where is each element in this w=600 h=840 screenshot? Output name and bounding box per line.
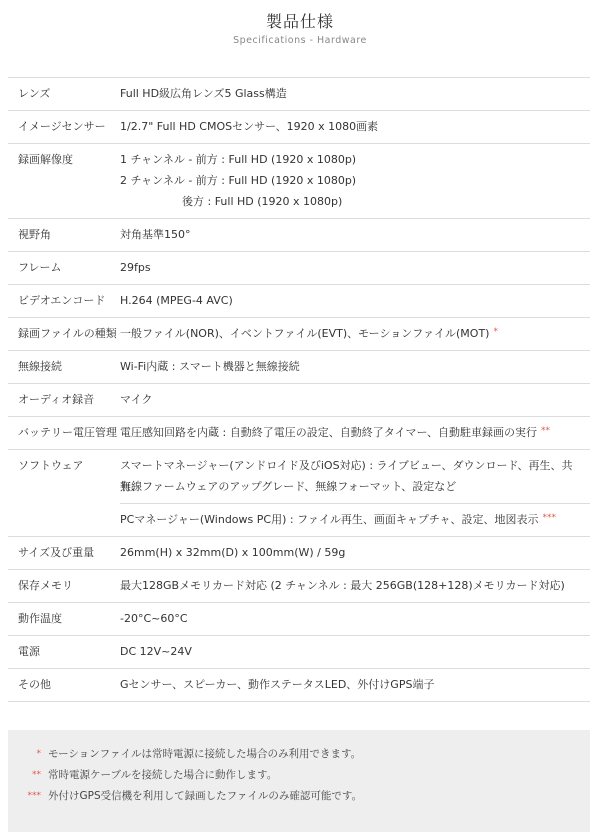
spec-value-text: 電圧感知回路を内蔵 : 自動終了電圧の設定、自動終了タイマー、自動駐車録画の実行 xyxy=(120,426,537,439)
spec-label: 録画解像度 xyxy=(8,144,120,218)
footnotes-box: * モーションファイルは常時電源に接続した場合のみ利用できます。 ** 常時電源… xyxy=(8,730,590,832)
spec-row-file-types: 録画ファイルの種類 一般ファイル(NOR)、イベントファイル(EVT)、モーショ… xyxy=(8,318,590,351)
spec-value: 1 チャンネル - 前方 : Full HD (1920 x 1080p) 2 … xyxy=(120,144,590,218)
spec-value: 26mm(H) x 32mm(D) x 100mm(W) / 59g xyxy=(120,537,590,569)
footnote-item: *** 外付けGPS受信機を利用して録画したファイルのみ確認可能です。 xyxy=(8,786,590,807)
spec-label: ビデオエンコード xyxy=(8,285,120,317)
spec-label: バッテリー電圧管理 xyxy=(8,417,120,449)
spec-row-software: ソフトウェア スマートマネージャー(アンドロイド及びiOS対応) : ライブビュ… xyxy=(8,450,590,537)
spec-row-battery: バッテリー電圧管理 電圧感知回路を内蔵 : 自動終了電圧の設定、自動終了タイマー… xyxy=(8,417,590,450)
page-title: 製品仕様 xyxy=(0,9,600,32)
spec-label: サイズ及び重量 xyxy=(8,537,120,569)
spec-row-lens: レンズ Full HD級広角レンズ5 Glass構造 xyxy=(8,78,590,111)
footnote-marker: ** xyxy=(8,765,48,786)
footnote-marker: *** xyxy=(8,786,48,807)
software-pc-manager: PCマネージャー(Windows PC用) : ファイル再生、画面キャプチャ、設… xyxy=(120,503,590,536)
spec-value-line: 無線ファームウェアのアップグレード、無線フォーマット、設定など xyxy=(120,476,590,497)
spec-value: 1/2.7" Full HD CMOSセンサー、1920 x 1080画素 xyxy=(120,111,590,143)
spec-value-text: 一般ファイル(NOR)、イベントファイル(EVT)、モーションファイル(MOT) xyxy=(120,327,489,340)
footnote-text: モーションファイルは常時電源に接続した場合のみ利用できます。 xyxy=(48,744,361,765)
spec-label: 無線接続 xyxy=(8,351,120,383)
footnote-marker: * xyxy=(8,744,48,765)
spec-row-field-of-view: 視野角 対角基準150° xyxy=(8,219,590,252)
spec-value: 対角基準150° xyxy=(120,219,590,251)
spec-row-video-encode: ビデオエンコード H.264 (MPEG-4 AVC) xyxy=(8,285,590,318)
footnote-item: * モーションファイルは常時電源に接続した場合のみ利用できます。 xyxy=(8,744,590,765)
spec-value: 最大128GBメモリカード対応 (2 チャンネル : 最大 256GB(128+… xyxy=(120,570,590,602)
spec-value: DC 12V~24V xyxy=(120,636,590,668)
spec-value: Gセンサー、スピーカー、動作ステータスLED、外付けGPS端子 xyxy=(120,669,590,701)
spec-value-line: 1 チャンネル - 前方 : Full HD (1920 x 1080p) xyxy=(120,149,590,170)
spec-label: フレーム xyxy=(8,252,120,284)
spec-row-power: 電源 DC 12V~24V xyxy=(8,636,590,669)
spec-value-line: スマートマネージャー(アンドロイド及びiOS対応) : ライブビュー、ダウンロー… xyxy=(120,455,590,476)
spec-row-frame-rate: フレーム 29fps xyxy=(8,252,590,285)
spec-row-operating-temp: 動作温度 -20°C~60°C xyxy=(8,603,590,636)
spec-value: H.264 (MPEG-4 AVC) xyxy=(120,285,590,317)
spec-row-wireless: 無線接続 Wi-Fi内蔵 : スマート機器と無線接続 xyxy=(8,351,590,384)
footnote-marker: ** xyxy=(541,426,550,436)
spec-table: レンズ Full HD級広角レンズ5 Glass構造 イメージセンサー 1/2.… xyxy=(8,77,590,702)
spec-label: オーディオ録音 xyxy=(8,384,120,416)
spec-row-audio: オーディオ録音 マイク xyxy=(8,384,590,417)
footnote-marker: *** xyxy=(543,513,557,523)
spec-value: 一般ファイル(NOR)、イベントファイル(EVT)、モーションファイル(MOT)… xyxy=(120,318,590,350)
spec-value: スマートマネージャー(アンドロイド及びiOS対応) : ライブビュー、ダウンロー… xyxy=(120,450,590,536)
spec-value-line: 2 チャンネル - 前方 : Full HD (1920 x 1080p) xyxy=(120,170,590,191)
spec-label: 保存メモリ xyxy=(8,570,120,602)
spec-row-storage: 保存メモリ 最大128GBメモリカード対応 (2 チャンネル : 最大 256G… xyxy=(8,570,590,603)
spec-label: レンズ xyxy=(8,78,120,110)
spec-value-line: 後方 : Full HD (1920 x 1080p) xyxy=(120,191,590,212)
footnote-text: 外付けGPS受信機を利用して録画したファイルのみ確認可能です。 xyxy=(48,786,362,807)
footnote-item: ** 常時電源ケーブルを接続した場合に動作します。 xyxy=(8,765,590,786)
spec-label: ソフトウェア xyxy=(8,450,120,536)
spec-value: Wi-Fi内蔵 : スマート機器と無線接続 xyxy=(120,351,590,383)
spec-label: 録画ファイルの種類 xyxy=(8,318,120,350)
spec-row-image-sensor: イメージセンサー 1/2.7" Full HD CMOSセンサー、1920 x … xyxy=(8,111,590,144)
spec-label: その他 xyxy=(8,669,120,701)
page-subtitle: Specifications - Hardware xyxy=(0,35,600,46)
spec-row-resolution: 録画解像度 1 チャンネル - 前方 : Full HD (1920 x 108… xyxy=(8,144,590,219)
spec-row-other: その他 Gセンサー、スピーカー、動作ステータスLED、外付けGPS端子 xyxy=(8,669,590,702)
software-smart-manager: スマートマネージャー(アンドロイド及びiOS対応) : ライブビュー、ダウンロー… xyxy=(120,450,590,503)
footnote-text: 常時電源ケーブルを接続した場合に動作します。 xyxy=(48,765,277,786)
spec-label: 動作温度 xyxy=(8,603,120,635)
spec-value: 電圧感知回路を内蔵 : 自動終了電圧の設定、自動終了タイマー、自動駐車録画の実行… xyxy=(120,417,590,449)
spec-label: イメージセンサー xyxy=(8,111,120,143)
spec-value: 29fps xyxy=(120,252,590,284)
spec-value: -20°C~60°C xyxy=(120,603,590,635)
spec-label: 電源 xyxy=(8,636,120,668)
footnote-marker: * xyxy=(493,327,498,337)
spec-value: Full HD級広角レンズ5 Glass構造 xyxy=(120,78,590,110)
spec-value: マイク xyxy=(120,384,590,416)
spec-value-text: PCマネージャー(Windows PC用) : ファイル再生、画面キャプチャ、設… xyxy=(120,513,539,526)
spec-row-size-weight: サイズ及び重量 26mm(H) x 32mm(D) x 100mm(W) / 5… xyxy=(8,537,590,570)
spec-label: 視野角 xyxy=(8,219,120,251)
